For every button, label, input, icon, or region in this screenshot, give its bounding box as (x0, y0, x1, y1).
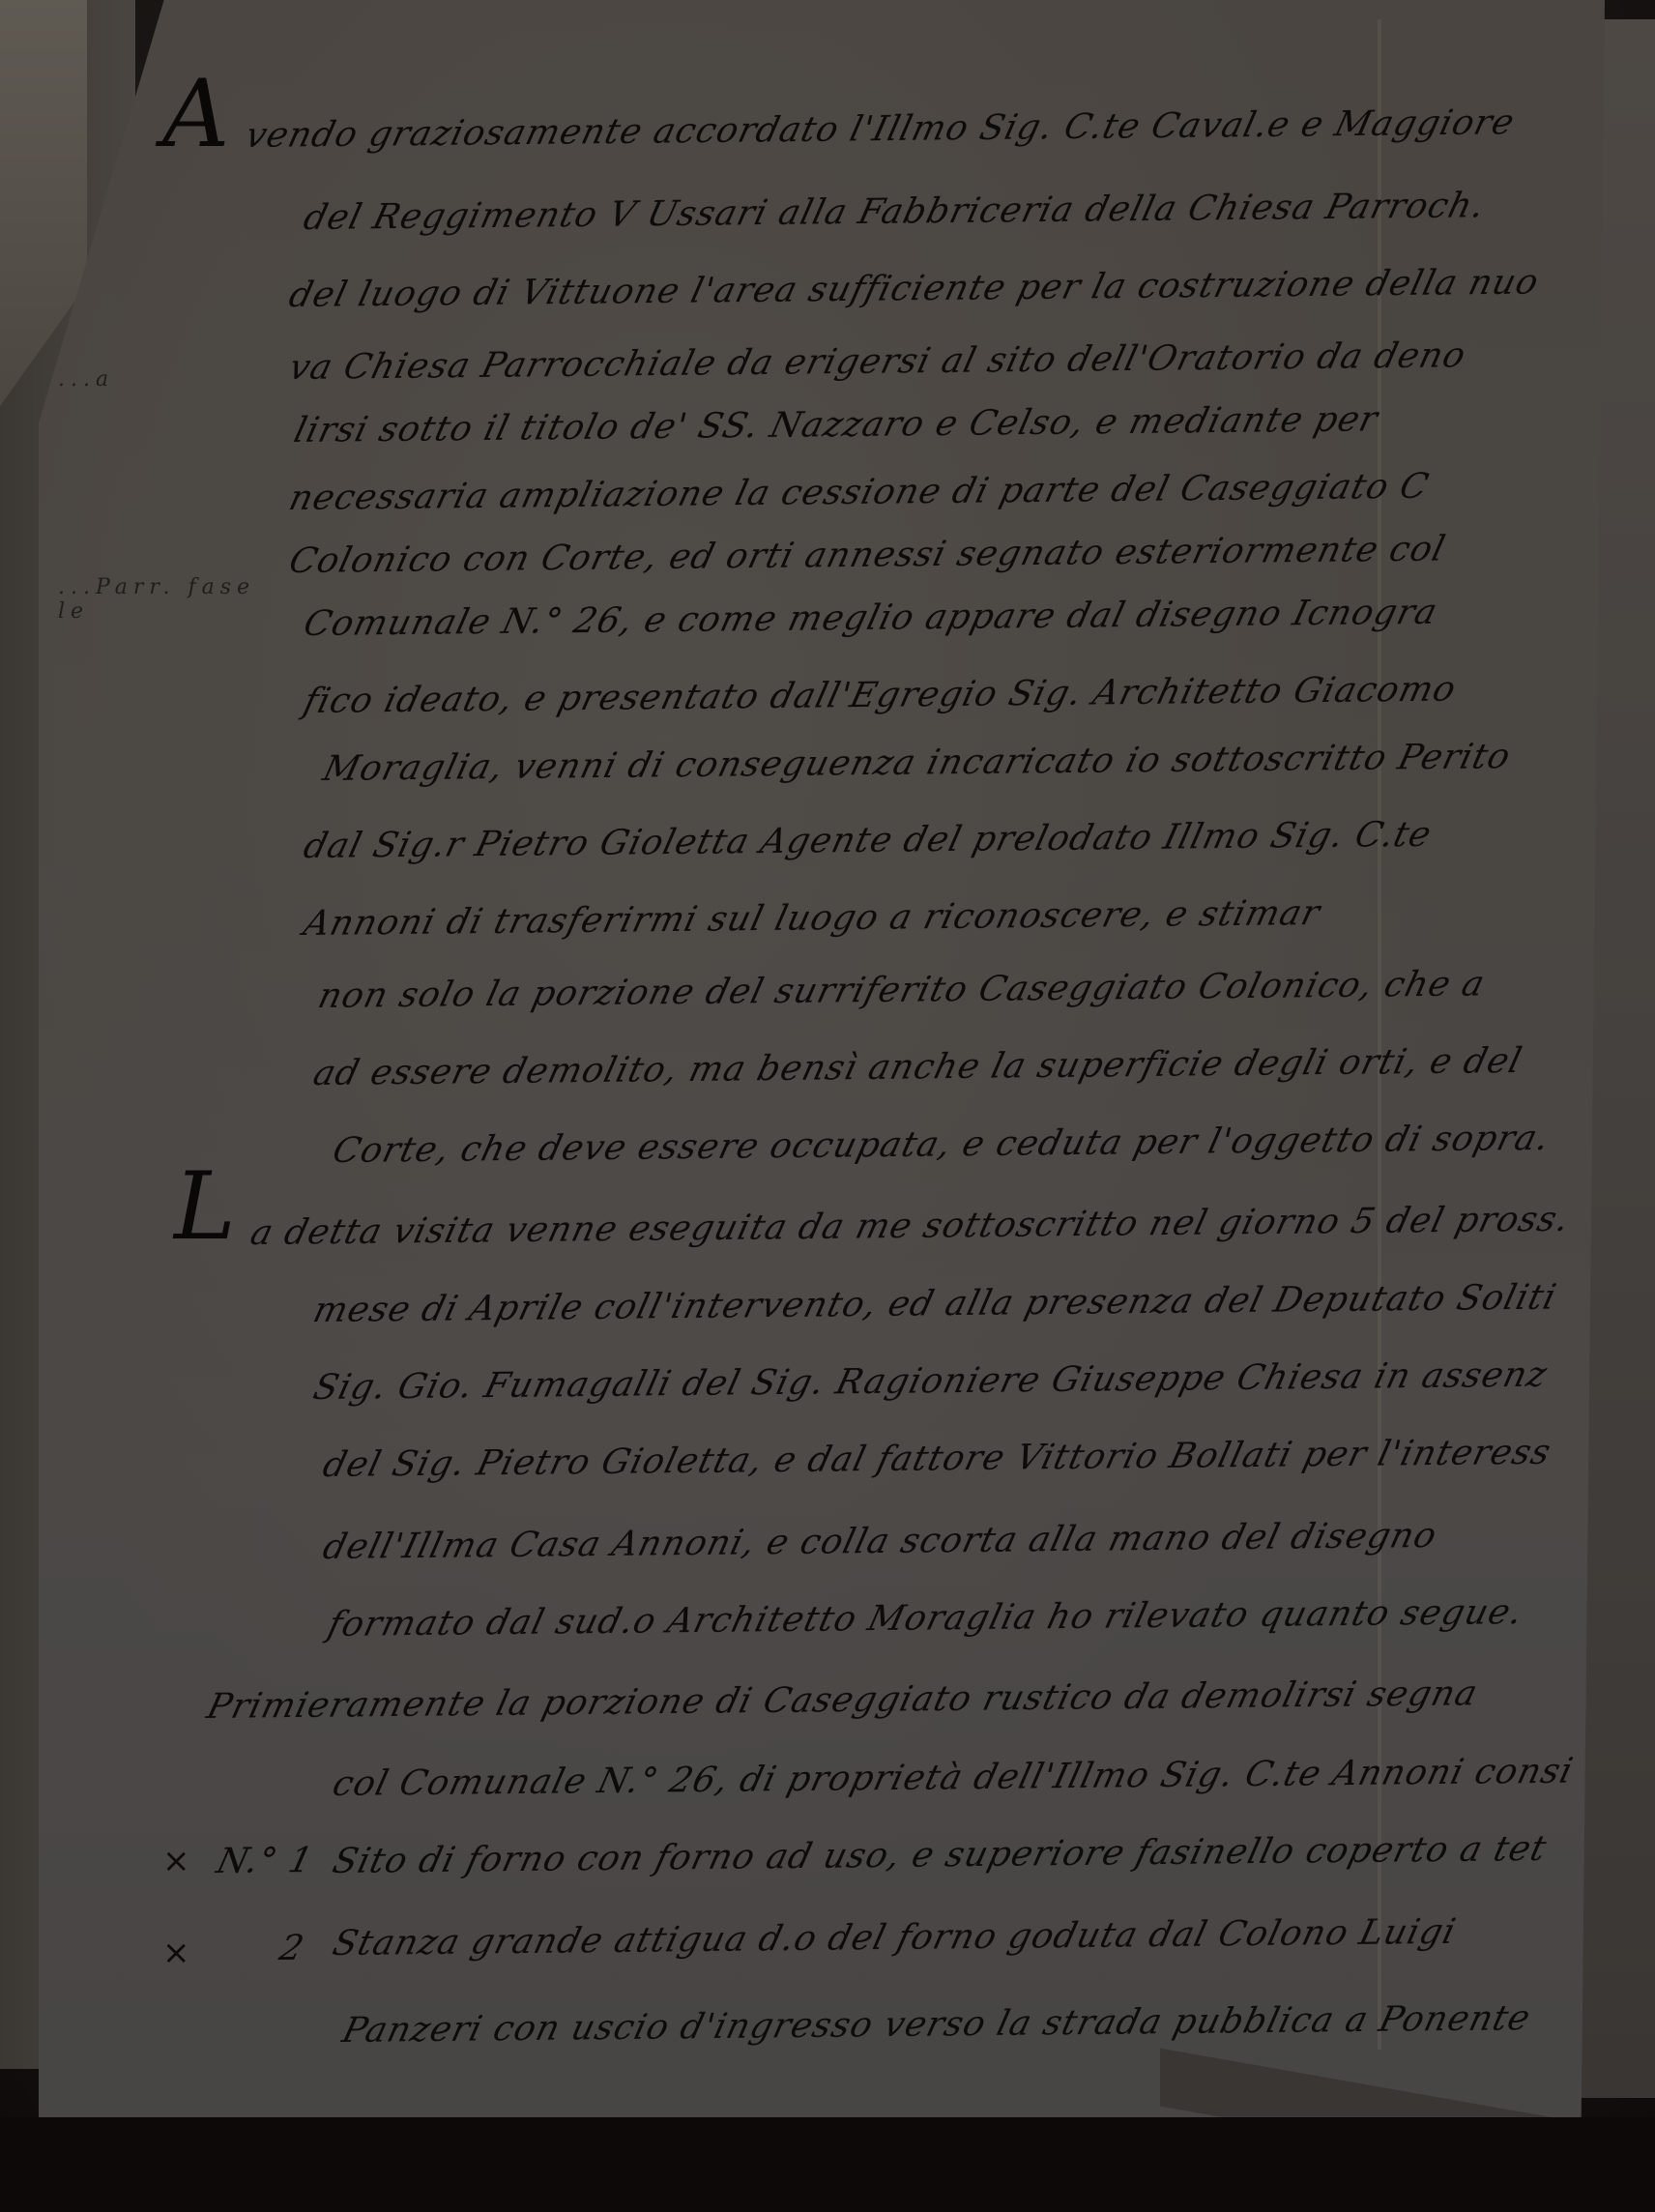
item-number: N.° 1 (213, 1841, 317, 1881)
bottom-shadow (0, 2117, 1655, 2212)
margin-bleedthrough: ...Parr. fase le (58, 575, 280, 624)
item-check-mark: × (162, 1934, 190, 1972)
page-fold-line (1378, 19, 1381, 2050)
decorated-initial: A (162, 68, 229, 160)
paragraph-initial: L (174, 1160, 236, 1253)
item-check-mark: × (162, 1842, 190, 1880)
margin-bleedthrough: ...a (58, 367, 280, 392)
photo-scene: ità 17 alla ...a ...Parr. fase le A vend… (0, 0, 1655, 2212)
